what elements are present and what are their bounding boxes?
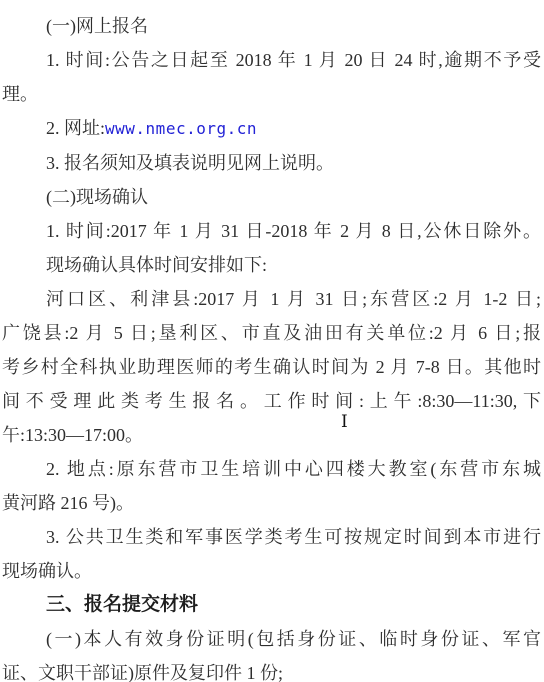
schedule-line-3: 考乡村全科执业助理医师的考生确认时间为 2 月 7-8 日。其他时 bbox=[2, 350, 541, 384]
url-label: 2. 网址: bbox=[46, 118, 105, 138]
section2-item3-line2: 现场确认。 bbox=[2, 554, 541, 588]
section2-item3-line1: 3. 公共卫生类和军事医学类考生可按规定时间到本市进行 bbox=[2, 520, 541, 554]
schedule-line-5: 午:13:30—17:00。 bbox=[2, 418, 541, 452]
document-body: (一)网上报名 1. 时间:公告之日起至 2018 年 1 月 20 日 24 … bbox=[0, 0, 544, 682]
section2-item2-line1: 2. 地点:原东营市卫生培训中心四楼大教室(东营市东城 bbox=[2, 452, 541, 486]
section1-item1-line1: 1. 时间:公告之日起至 2018 年 1 月 20 日 24 时,逾期不予受 bbox=[2, 43, 541, 77]
section1-item3-line: 3. 报名须知及填表说明见网上说明。 bbox=[2, 146, 541, 180]
registration-url-link[interactable]: www.nmec.org.cn bbox=[105, 119, 257, 138]
schedule-line-2: 广饶县:2 月 5 日;垦利区、市直及油田有关单位:2 月 6 日;报 bbox=[2, 316, 541, 350]
section2-item2-line2: 黄河路 216 号)。 bbox=[2, 486, 541, 520]
section1-item1-line2: 理。 bbox=[2, 77, 541, 111]
section3-item1-line2: 证、文职干部证)原件及复印件 1 份; bbox=[2, 656, 541, 682]
schedule-line-1: 河口区、利津县:2017 月 1 月 31 日;东营区:2 月 1-2 日; bbox=[2, 282, 541, 316]
section3-heading: 三、报名提交材料 bbox=[2, 588, 541, 622]
section1-item2-line: 2. 网址:www.nmec.org.cn bbox=[2, 111, 541, 146]
schedule-intro-line: 现场确认具体时间安排如下: bbox=[2, 248, 541, 282]
section1-heading: (一)网上报名 bbox=[2, 9, 541, 43]
document-page: (一)网上报名 1. 时间:公告之日起至 2018 年 1 月 20 日 24 … bbox=[0, 0, 544, 682]
section3-item1-line1: (一)本人有效身份证明(包括身份证、临时身份证、军官 bbox=[2, 622, 541, 656]
section2-item1-line: 1. 时间:2017 年 1 月 31 日-2018 年 2 月 8 日,公休日… bbox=[2, 214, 541, 248]
section2-heading: (二)现场确认 bbox=[2, 180, 541, 214]
schedule-line-4: 间不受理此类考生报名。工作时间:上午:8:30—11:30,下 bbox=[2, 384, 541, 418]
